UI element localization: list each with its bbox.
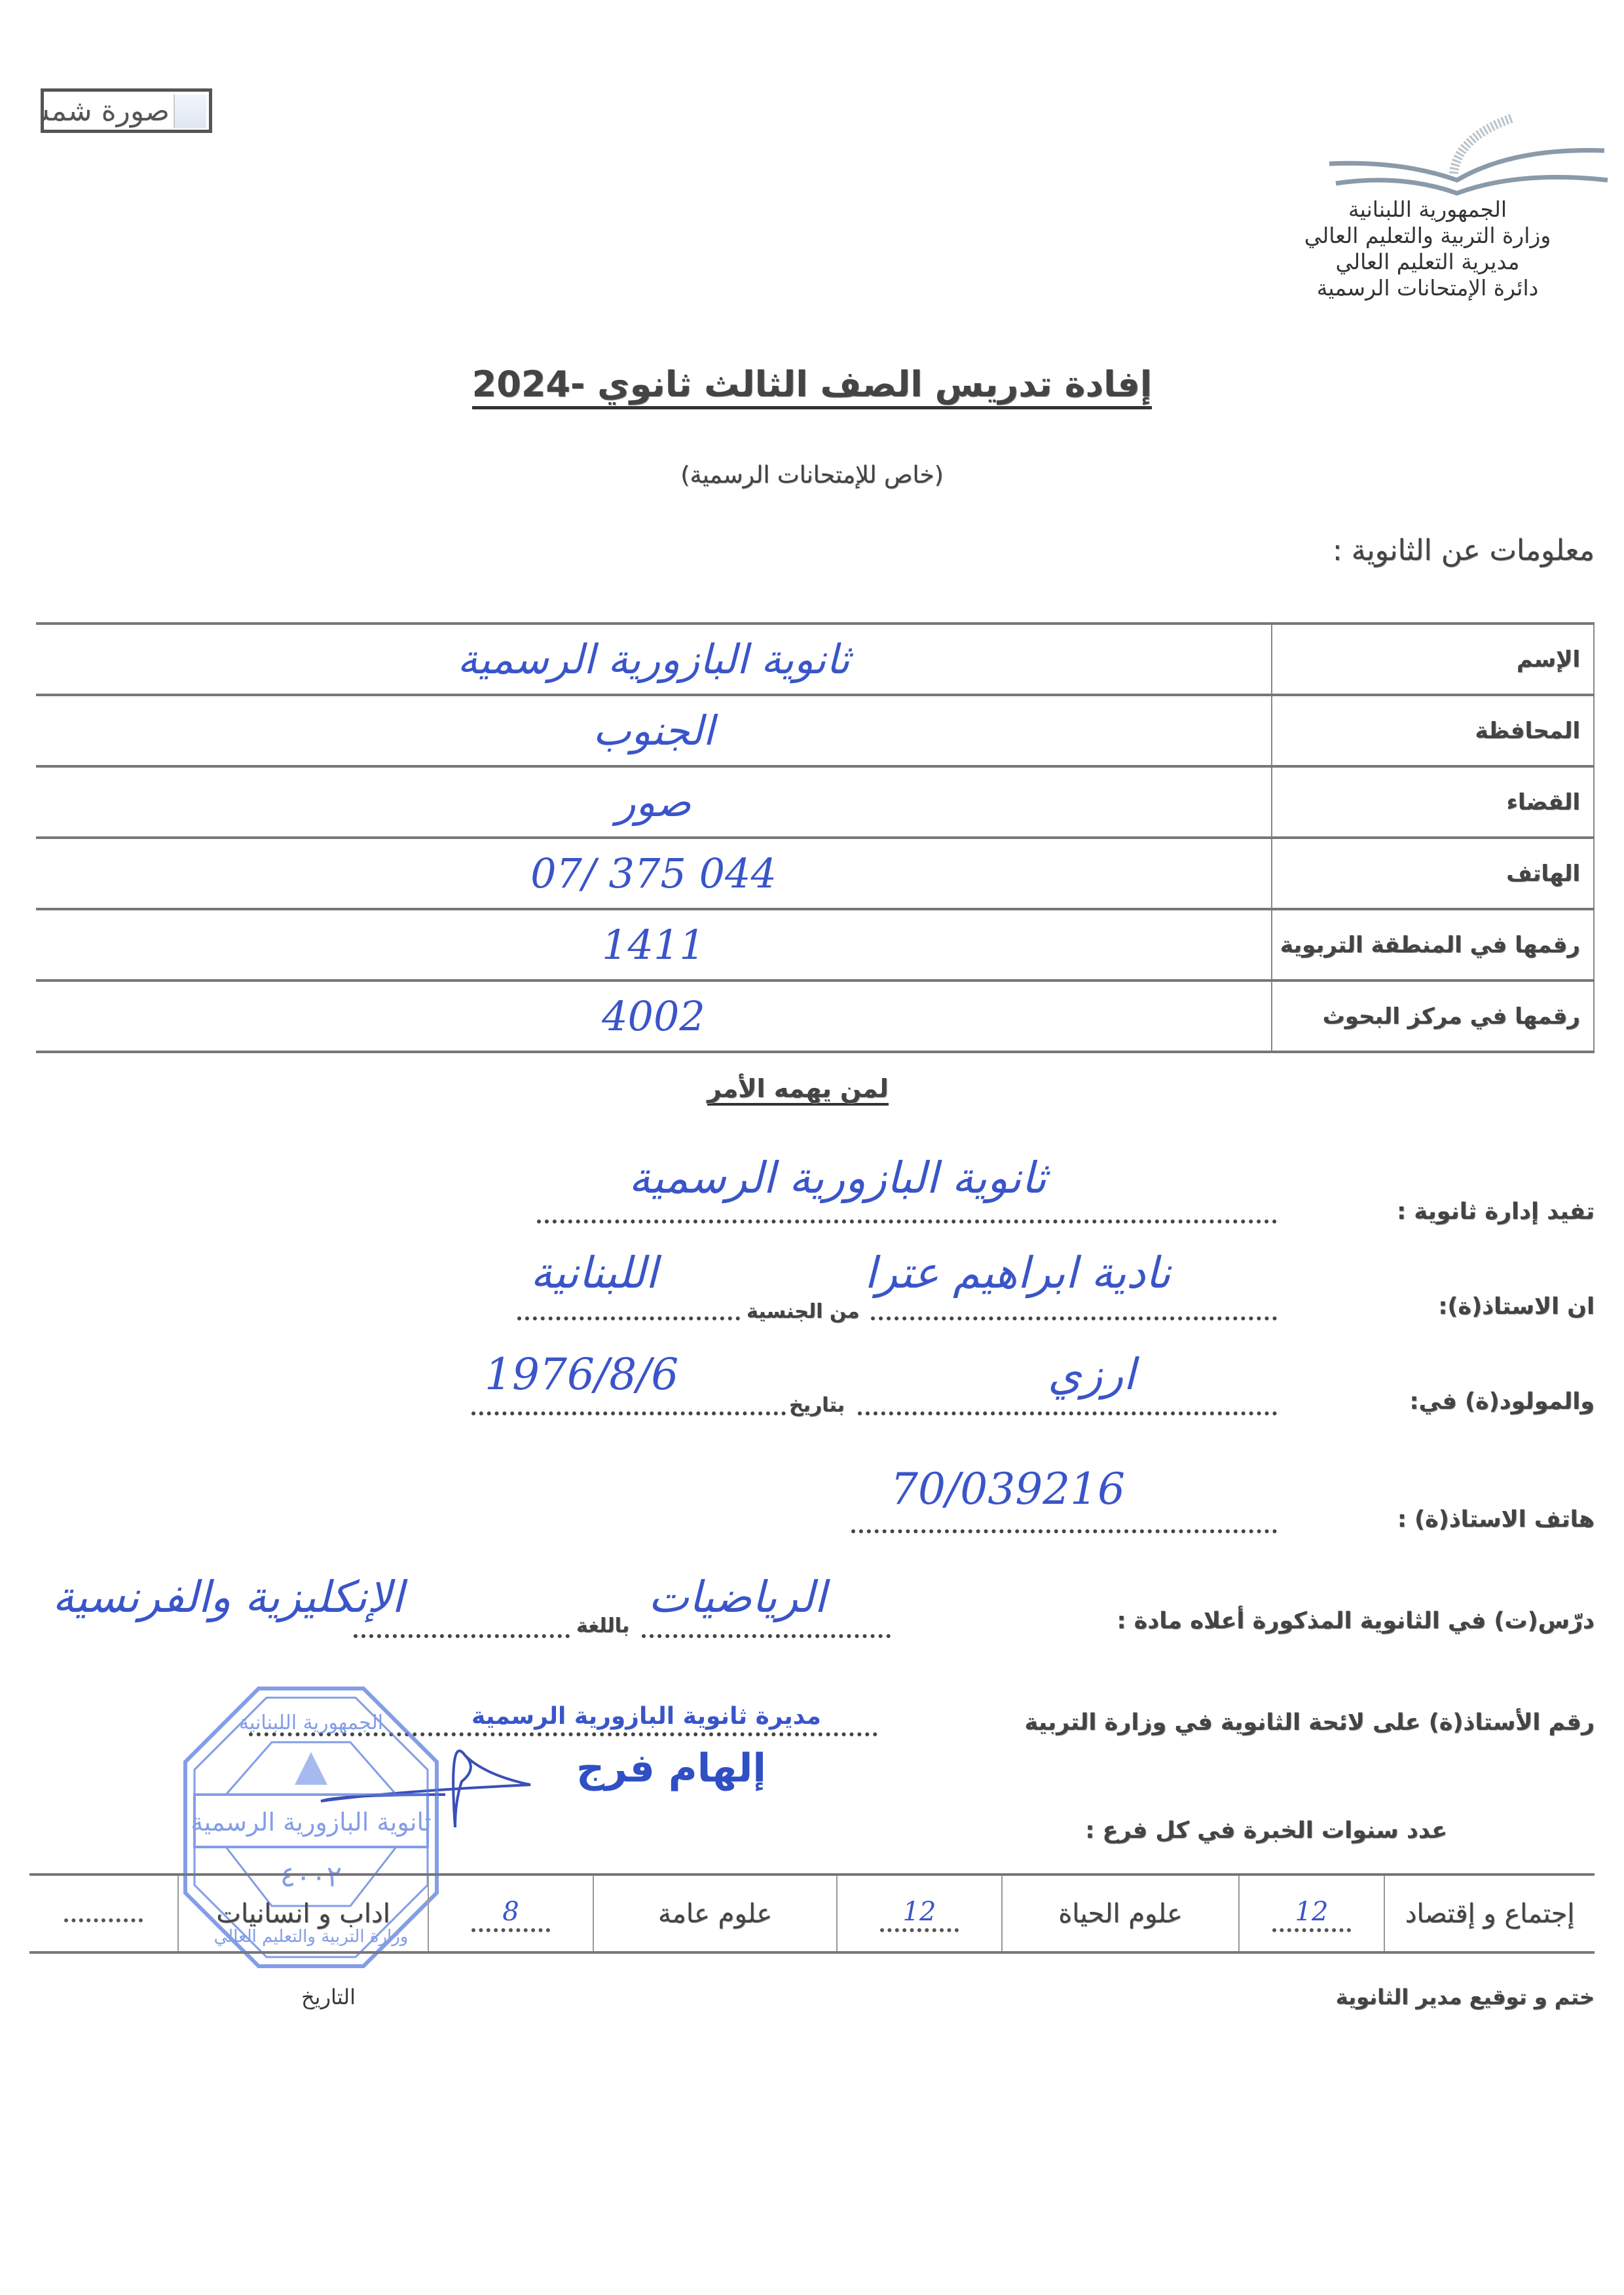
table-row: المحافظة الجنوب	[36, 695, 1594, 766]
svg-text:ثانوية البازورية الرسمية: ثانوية البازورية الرسمية	[191, 1808, 431, 1837]
exp-years-general-sciences[interactable]: 8	[428, 1875, 593, 1952]
birth-date-dotted-line	[471, 1411, 786, 1415]
exp-branch-humanities: اداب و انسانيات	[178, 1875, 428, 1952]
document-subtitle: (خاص للإمتحانات الرسمية)	[0, 462, 1624, 489]
table-row: إجتماع و إقتصاد 12 علوم الحياة 12 علوم ع…	[29, 1875, 1595, 1952]
seal-signature-label: ختم و توقيع مدير الثانوية	[1336, 1985, 1595, 2009]
school-info-table: الإسم ثانوية البازورية الرسمية المحافظة …	[36, 622, 1595, 1053]
teacher-name-value[interactable]: نادية ابراهيم عترا	[864, 1248, 1171, 1298]
value-edu-region-number[interactable]: 1411	[36, 909, 1272, 980]
label-research-center-number: رقمها في مركز البحوث	[1272, 980, 1594, 1052]
ministry-header: الجمهورية اللبنانية وزارة التربية والتعل…	[1257, 196, 1598, 301]
exp-branch-social-economics: إجتماع و إقتصاد	[1384, 1875, 1595, 1952]
exp-years-life-sciences[interactable]: 12	[837, 1875, 1002, 1952]
birth-date-label: بتاريخ	[789, 1394, 845, 1417]
ministry-number-label: رقم الأستاذ(ة) على لائحة الثانوية في وزا…	[1024, 1709, 1595, 1736]
teacher-phone-dotted-line	[851, 1529, 1277, 1533]
exp-branch-general-sciences: علوم عامة	[593, 1875, 837, 1952]
ministry-book-logo-icon	[1323, 98, 1611, 196]
value-governorate[interactable]: الجنوب	[36, 695, 1272, 766]
document-title-text: إفادة تدريس الصف الثالث ثانوي -2024	[472, 364, 1153, 409]
school-info-heading: معلومات عن الثانوية :	[1333, 534, 1595, 567]
principal-title: مديرة ثانوية البازورية الرسمية	[471, 1703, 821, 1730]
language-value[interactable]: الإنكليزية والفرنسية	[52, 1572, 403, 1622]
administration-dotted-line	[537, 1220, 1277, 1223]
label-name: الإسم	[1272, 624, 1594, 695]
administration-label: تفيد إدارة ثانوية :	[1397, 1199, 1595, 1225]
subject-dotted-line	[642, 1634, 891, 1638]
date-label: التاريخ	[301, 1985, 356, 2009]
teacher-phone-label: هاتف الاستاذ(ة) :	[1397, 1506, 1595, 1533]
header-line-ministry: وزارة التربية والتعليم العالي	[1257, 223, 1598, 249]
birth-place-dotted-line	[858, 1411, 1277, 1415]
table-row: رقمها في مركز البحوث 4002	[36, 980, 1594, 1052]
subject-value[interactable]: الرياضيات	[648, 1572, 826, 1622]
language-label: باللغة	[576, 1614, 629, 1637]
administration-value[interactable]: ثانوية البازورية الرسمية	[629, 1153, 1046, 1203]
photo-box-label: صورة شمسية	[41, 94, 170, 128]
photo-thumbnail-icon	[174, 94, 206, 128]
header-line-department: دائرة الإمتحانات الرسمية	[1257, 275, 1598, 301]
to-whom-it-may-concern: لمن يهمه الأمر	[707, 1074, 889, 1106]
label-phone: الهاتف	[1272, 838, 1594, 909]
label-district: القضاء	[1272, 766, 1594, 838]
document-title: إفادة تدريس الصف الثالث ثانوي -2024	[0, 364, 1624, 405]
value-phone[interactable]: 07/ 375 044	[36, 838, 1272, 909]
exp-years-humanities[interactable]	[29, 1875, 178, 1952]
table-row: الإسم ثانوية البازورية الرسمية	[36, 624, 1594, 695]
birth-label: والمولود(ة) في:	[1409, 1389, 1595, 1415]
photo-box: صورة شمسية	[41, 88, 212, 133]
experience-table: إجتماع و إقتصاد 12 علوم الحياة 12 علوم ع…	[29, 1873, 1595, 1954]
value-research-center-number[interactable]: 4002	[36, 980, 1272, 1052]
nationality-label: من الجنسية	[747, 1300, 859, 1323]
exp-years-social-economics[interactable]: 12	[1239, 1875, 1384, 1952]
birth-date-value[interactable]: 1976/8/6	[485, 1349, 678, 1400]
nationality-dotted-line	[517, 1316, 740, 1320]
nationality-value[interactable]: اللبنانية	[530, 1248, 657, 1298]
table-row: رقمها في المنطقة التربوية 1411	[36, 909, 1594, 980]
teacher-label: ان الاستاذ(ة):	[1438, 1294, 1595, 1320]
value-school-name[interactable]: ثانوية البازورية الرسمية	[36, 624, 1272, 695]
value-district[interactable]: صور	[36, 766, 1272, 838]
table-row: القضاء صور	[36, 766, 1594, 838]
table-row: الهاتف 07/ 375 044	[36, 838, 1594, 909]
header-line-directorate: مديرية التعليم العالي	[1257, 249, 1598, 275]
language-dotted-line	[354, 1634, 570, 1638]
label-edu-region-number: رقمها في المنطقة التربوية	[1272, 909, 1594, 980]
teacher-name-dotted-line	[871, 1316, 1277, 1320]
label-governorate: المحافظة	[1272, 695, 1594, 766]
exp-branch-life-sciences: علوم الحياة	[1002, 1875, 1239, 1952]
principal-name: إلهام فرج	[576, 1745, 766, 1791]
birth-place-value[interactable]: ارزي	[1048, 1349, 1135, 1400]
experience-label: عدد سنوات الخبرة في كل فرع :	[1085, 1818, 1447, 1844]
svg-text:الجمهورية اللبنانية: الجمهورية اللبنانية	[239, 1711, 383, 1734]
header-line-republic: الجمهورية اللبنانية	[1257, 196, 1598, 223]
teacher-phone-value[interactable]: 70/039216	[891, 1464, 1125, 1514]
taught-label: درّس(ت) في الثانوية المذكورة أعلاه مادة …	[1116, 1608, 1595, 1634]
